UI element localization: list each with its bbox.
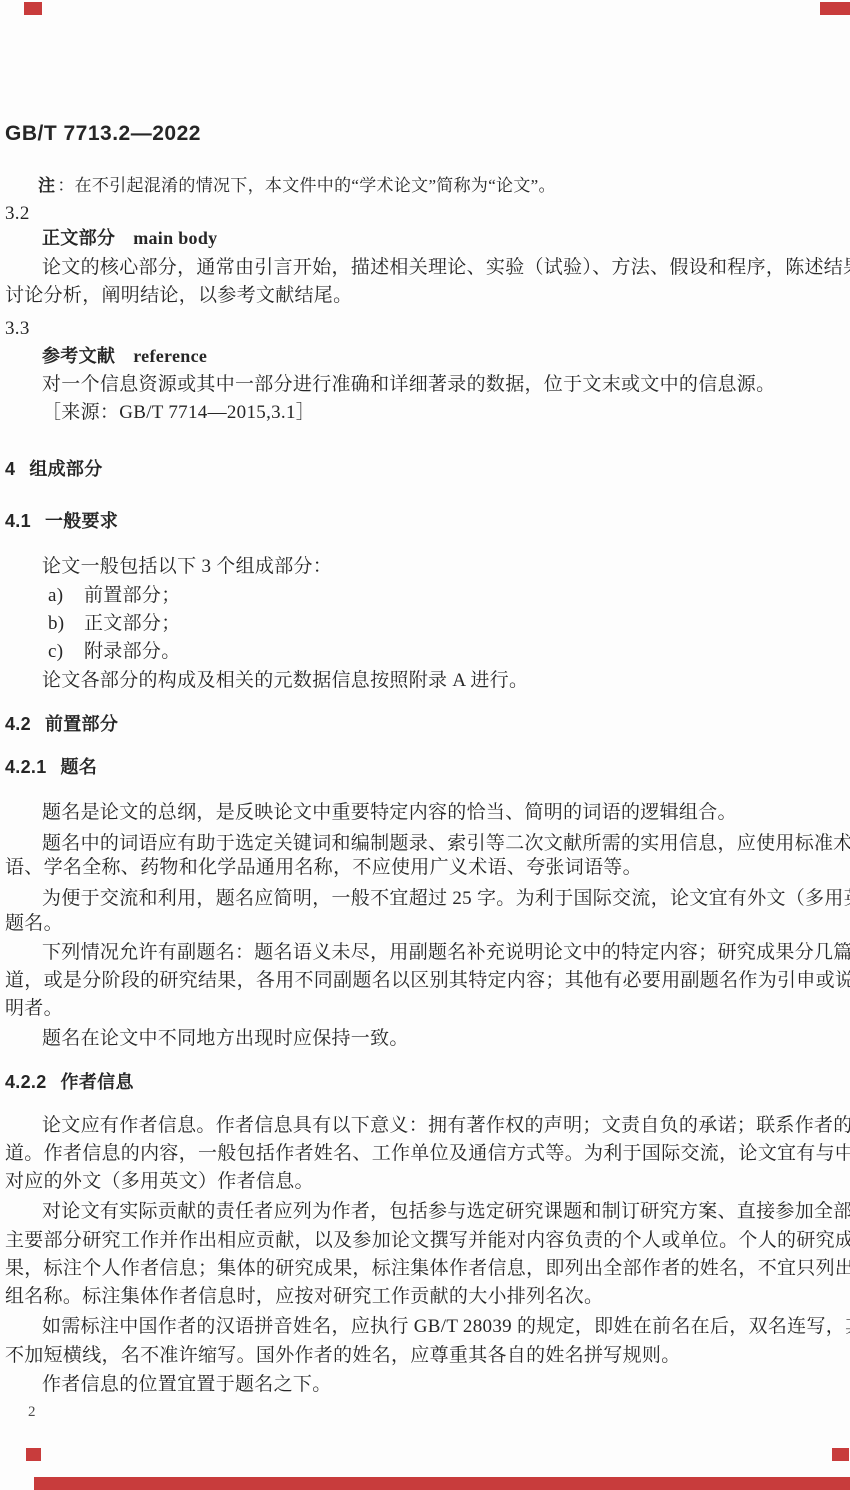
list-item-b: b)正文部分； xyxy=(48,613,181,635)
clause-number-3-3: 3.3 xyxy=(5,318,30,340)
definition-line: 论文的核心部分，通常由引言开始，描述相关理论、实验（试验）、方法、假设和程序，陈… xyxy=(42,257,850,279)
paragraph-line: 论文各部分的构成及相关的元数据信息按照附录 A 进行。 xyxy=(42,670,528,692)
section-title: 一般要求 xyxy=(45,511,118,531)
scan-mark-top-left xyxy=(24,2,42,15)
section-number: 4.1 xyxy=(5,511,31,531)
list-marker: c) xyxy=(48,641,84,663)
term-heading-3-3: 参考文献reference xyxy=(42,346,207,368)
paragraph-line: 对论文有实际贡献的责任者应列为作者，包括参与选定研究课题和制订研究方案、直接参加… xyxy=(42,1201,850,1223)
source-reference-line: ［来源：GB/T 7714—2015,3.1］ xyxy=(42,402,315,424)
page-number: 2 xyxy=(28,1404,36,1421)
paragraph-line: 作者信息的位置宜置于题名之下。 xyxy=(42,1374,332,1396)
section-number: 4 xyxy=(5,459,15,479)
term-en-reference: reference xyxy=(133,346,207,366)
paragraph-line: 论文一般包括以下 3 个组成部分： xyxy=(42,556,332,578)
list-item-c: c)附录部分。 xyxy=(48,641,181,663)
list-item-a: a)前置部分； xyxy=(48,585,181,607)
note-text: ：在不引起混淆的情况下，本文件中的“学术论文”简称为“论文”。 xyxy=(57,176,555,195)
definition-line: 对一个信息资源或其中一部分进行准确和详细著录的数据，位于文末或文中的信息源。 xyxy=(42,374,775,396)
section-title: 作者信息 xyxy=(61,1072,134,1092)
section-heading-4-2-1: 4.2.1题名 xyxy=(5,757,97,778)
paragraph-line: 下列情况允许有副题名：题名语义未尽，用副题名补充说明论文中的特定内容；研究成果分… xyxy=(42,942,850,964)
term-zh-main-body: 正文部分 xyxy=(42,228,115,248)
paragraph-line: 组名称。标注集体作者信息时，应按对研究工作贡献的大小排列名次。 xyxy=(5,1286,603,1308)
paragraph-line: 题名是论文的总纲，是反映论文中重要特定内容的恰当、简明的词语的逻辑组合。 xyxy=(42,802,737,824)
section-heading-4: 4组成部分 xyxy=(5,459,103,480)
section-title: 题名 xyxy=(61,757,98,777)
paragraph-line: 道。作者信息的内容，一般包括作者姓名、工作单位及通信方式等。为利于国际交流，论文… xyxy=(5,1143,850,1165)
paragraph-line: 题名中的词语应有助于选定关键词和编制题录、索引等二次文献所需的实用信息，应使用标… xyxy=(42,833,850,855)
term-en-main-body: main body xyxy=(133,228,217,248)
term-note-line: 注：在不引起混淆的情况下，本文件中的“学术论文”简称为“论文”。 xyxy=(38,176,556,196)
section-heading-4-1: 4.1一般要求 xyxy=(5,511,118,532)
term-zh-reference: 参考文献 xyxy=(42,346,115,366)
definition-line: 讨论分析，阐明结论，以参考文献结尾。 xyxy=(5,285,352,307)
paragraph-line: 如需标注中国作者的汉语拼音姓名，应执行 GB/T 28039 的规定，即姓在前名… xyxy=(42,1316,850,1338)
section-number: 4.2.1 xyxy=(5,757,47,777)
list-marker: b) xyxy=(48,613,84,635)
clause-number-3-2: 3.2 xyxy=(5,203,30,225)
list-text: 正文部分； xyxy=(84,613,181,634)
section-title: 前置部分 xyxy=(45,714,118,734)
section-number: 4.2.2 xyxy=(5,1072,47,1092)
document-page: GB/T 7713.2—2022 注：在不引起混淆的情况下，本文件中的“学术论文… xyxy=(0,0,850,1490)
section-heading-4-2: 4.2前置部分 xyxy=(5,714,118,735)
paragraph-line: 明者。 xyxy=(5,998,63,1020)
paragraph-line: 论文应有作者信息。作者信息具有以下意义：拥有著作权的声明；文责自负的承诺；联系作… xyxy=(42,1115,850,1137)
paragraph-line: 不加短横线，名不准许缩写。国外作者的姓名，应尊重其各自的姓名拼写规则。 xyxy=(5,1345,681,1367)
paragraph-line: 为便于交流和利用，题名应简明，一般不宜超过 25 字。为利于国际交流，论文宜有外… xyxy=(42,888,850,910)
paragraph-line: 题名在论文中不同地方出现时应保持一致。 xyxy=(42,1028,409,1050)
list-text: 前置部分； xyxy=(84,585,181,606)
section-number: 4.2 xyxy=(5,714,31,734)
section-heading-4-2-2: 4.2.2作者信息 xyxy=(5,1072,134,1093)
paragraph-line: 对应的外文（多用英文）作者信息。 xyxy=(5,1171,314,1193)
running-header-standard-number: GB/T 7713.2—2022 xyxy=(5,122,201,146)
note-label: 注 xyxy=(38,176,55,195)
scan-mark-bottom-left xyxy=(26,1448,41,1461)
paragraph-line: 果，标注个人作者信息；集体的研究成果，标注集体作者信息，即列出全部作者的姓名，不… xyxy=(5,1258,850,1280)
list-text: 附录部分。 xyxy=(84,641,181,662)
scan-mark-top-right xyxy=(820,2,850,15)
paragraph-line: 题名。 xyxy=(5,913,63,935)
section-title: 组成部分 xyxy=(29,459,102,479)
paragraph-line: 道，或是分阶段的研究结果，各用不同副题名以区别其特定内容；其他有必要用副题名作为… xyxy=(5,970,850,992)
scan-mark-bottom-bar xyxy=(34,1477,850,1490)
term-heading-3-2: 正文部分main body xyxy=(42,228,217,250)
scan-mark-bottom-right xyxy=(832,1448,849,1461)
paragraph-line: 主要部分研究工作并作出相应贡献，以及参加论文撰写并能对内容负责的个人或单位。个人… xyxy=(5,1230,850,1252)
paragraph-line: 语、学名全称、药物和化学品通用名称，不应使用广义术语、夸张词语等。 xyxy=(5,857,642,879)
list-marker: a) xyxy=(48,585,84,607)
